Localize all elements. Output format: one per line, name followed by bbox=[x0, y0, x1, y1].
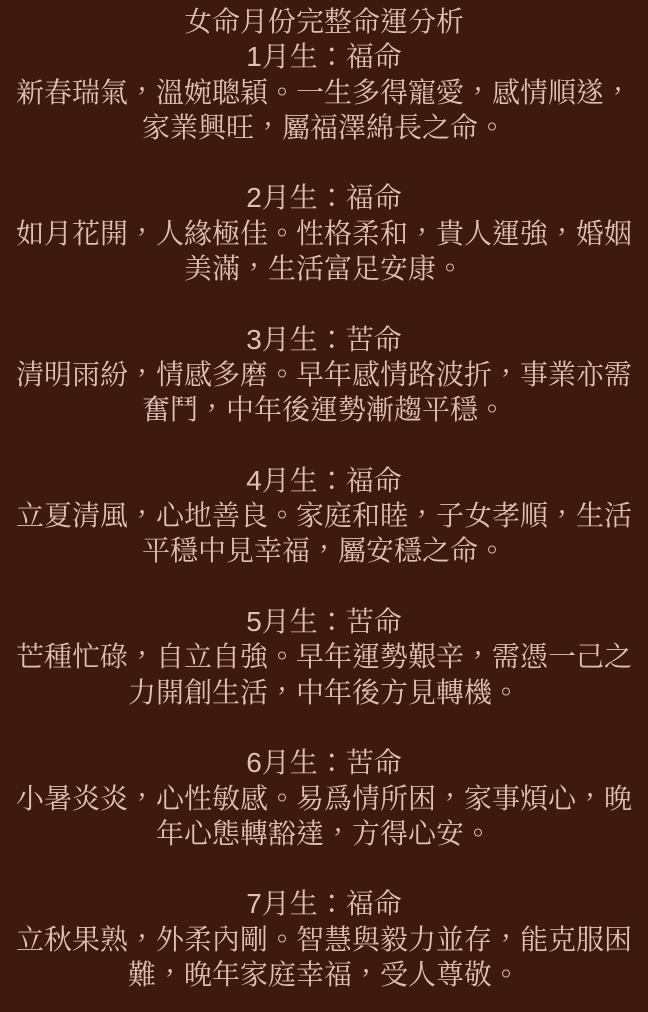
month-heading: 4月生：福命 bbox=[13, 463, 635, 498]
month-section-march: 3月生：苦命 清明雨紛，情感多磨。早年感情路波折，事業亦需奮鬥，中年後運勢漸趨平… bbox=[13, 322, 635, 428]
month-description: 立夏清風，心地善良。家庭和睦，子女孝順，生活平穩中見幸福，屬安穩之命。 bbox=[13, 498, 635, 569]
month-description: 立秋果熟，外柔內剛。智慧與毅力並存，能克服困難，晚年家庭幸福，受人尊敬。 bbox=[13, 922, 635, 993]
month-section-june: 6月生：苦命 小暑炎炎，心性敏感。易爲情所困，家事煩心，晚年心態轉豁達，方得心安… bbox=[13, 745, 635, 851]
page-title: 女命月份完整命運分析 bbox=[13, 4, 635, 39]
month-description: 如月花開，人緣極佳。性格柔和，貴人運強，婚姻美滿，生活富足安康。 bbox=[13, 216, 635, 287]
month-heading: 6月生：苦命 bbox=[13, 745, 635, 780]
month-section-july: 7月生：福命 立秋果熟，外柔內剛。智慧與毅力並存，能克服困難，晚年家庭幸福，受人… bbox=[13, 886, 635, 992]
month-description: 清明雨紛，情感多磨。早年感情路波折，事業亦需奮鬥，中年後運勢漸趨平穩。 bbox=[13, 357, 635, 428]
month-heading: 1月生：福命 bbox=[13, 39, 635, 74]
month-description: 芒種忙碌，自立自強。早年運勢艱辛，需憑一己之力開創生活，中年後方見轉機。 bbox=[13, 639, 635, 710]
month-section-february: 2月生：福命 如月花開，人緣極佳。性格柔和，貴人運強，婚姻美滿，生活富足安康。 bbox=[13, 180, 635, 286]
month-heading: 5月生：苦命 bbox=[13, 604, 635, 639]
month-section-january: 1月生：福命 新春瑞氣，溫婉聰穎。一生多得寵愛，感情順遂，家業興旺，屬福澤綿長之… bbox=[13, 39, 635, 145]
month-heading: 7月生：福命 bbox=[13, 886, 635, 921]
month-heading: 2月生：福命 bbox=[13, 180, 635, 215]
month-description: 小暑炎炎，心性敏感。易爲情所困，家事煩心，晚年心態轉豁達，方得心安。 bbox=[13, 781, 635, 852]
month-section-april: 4月生：福命 立夏清風，心地善良。家庭和睦，子女孝順，生活平穩中見幸福，屬安穩之… bbox=[13, 463, 635, 569]
month-heading: 3月生：苦命 bbox=[13, 322, 635, 357]
month-description: 新春瑞氣，溫婉聰穎。一生多得寵愛，感情順遂，家業興旺，屬福澤綿長之命。 bbox=[13, 75, 635, 146]
month-section-may: 5月生：苦命 芒種忙碌，自立自強。早年運勢艱辛，需憑一己之力開創生活，中年後方見… bbox=[13, 604, 635, 710]
fortune-analysis-page: 女命月份完整命運分析 1月生：福命 新春瑞氣，溫婉聰穎。一生多得寵愛，感情順遂，… bbox=[0, 0, 648, 1012]
